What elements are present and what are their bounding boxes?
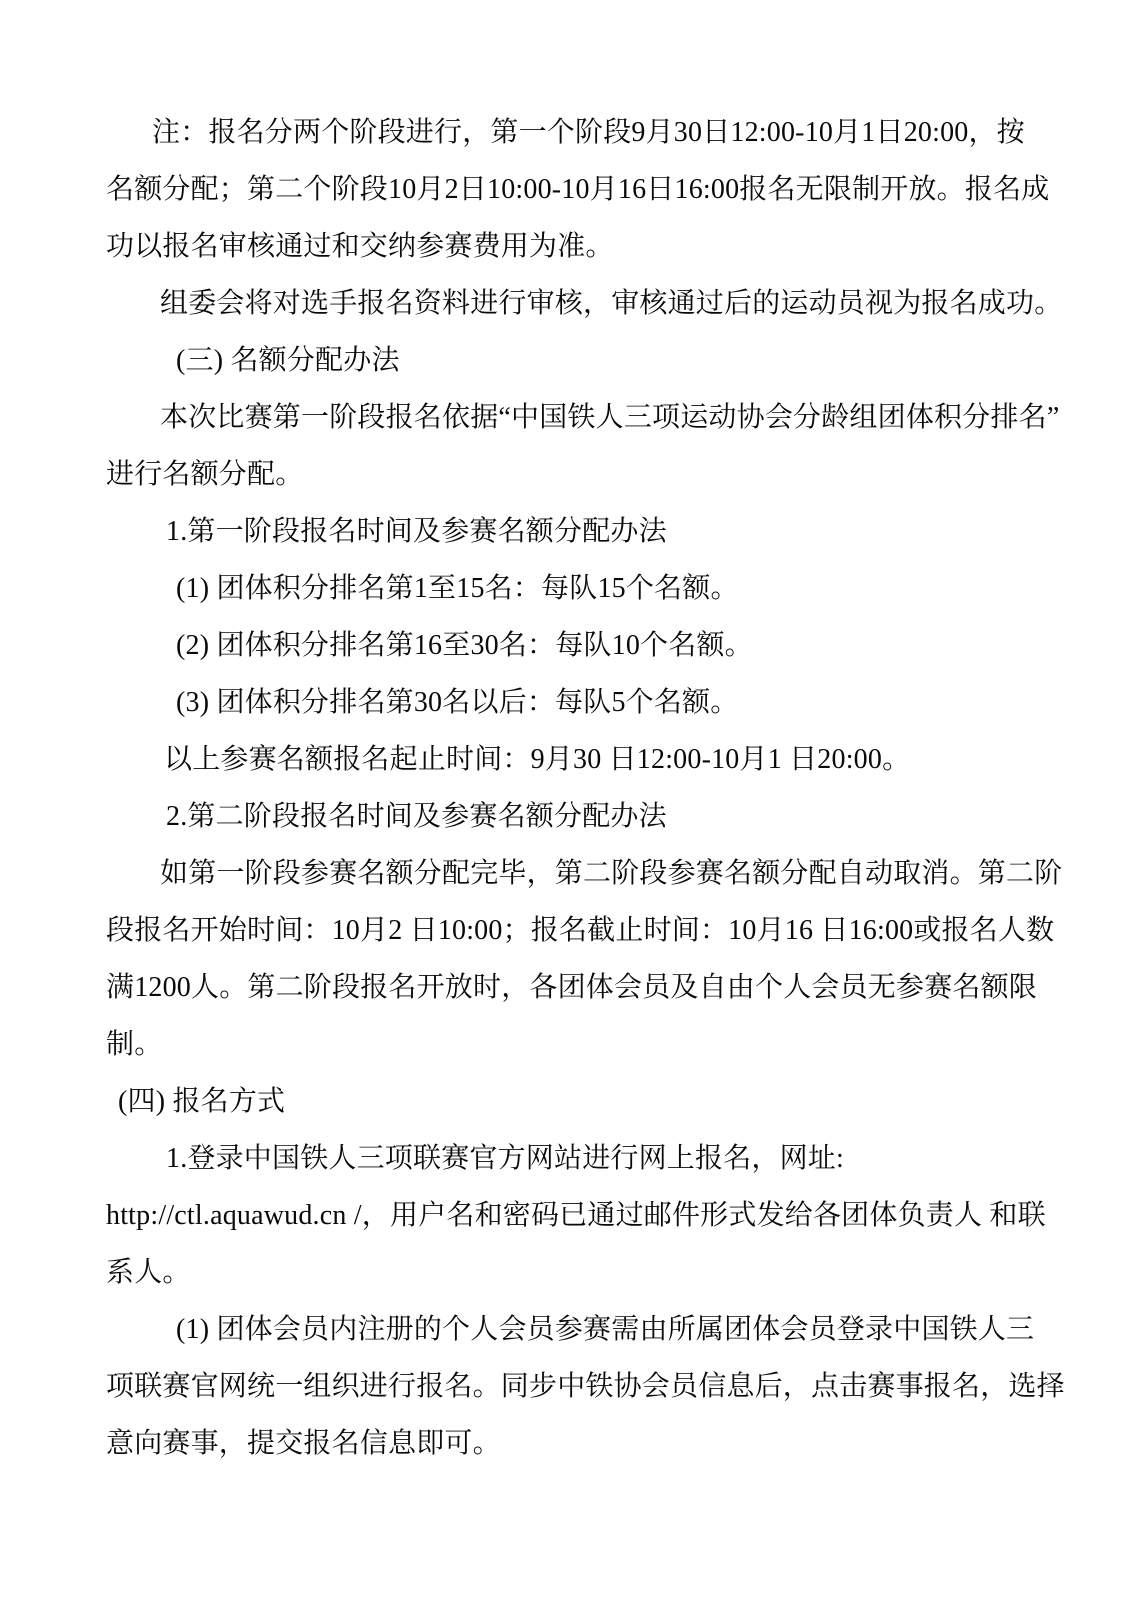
- para-stage2-line-2: 段报名开始时间：10月2 日10:00；报名截止时间：10月16 日16:00或…: [106, 902, 1033, 959]
- para-note-line-2: 名额分配；第二个阶段10月2日10:00-10月16日16:00报名无限制开放。…: [106, 161, 1033, 218]
- para-website-line-3: 系人。: [106, 1244, 1033, 1301]
- para-website-line-1: 1.登录中国铁人三项联赛官方网站进行网上报名，网址:: [106, 1130, 1033, 1187]
- para-stage2-line-4: 制。: [106, 1016, 1033, 1073]
- heading-section-3: (三) 名额分配办法: [106, 332, 1033, 389]
- list-item-rank-1-15: (1) 团体积分排名第1至15名：每队15个名额。: [106, 560, 1033, 617]
- para-group-line-2: 项联赛官网统一组织进行报名。同步中铁协会员信息后，点击赛事报名，选择: [106, 1358, 1033, 1415]
- para-quota-line-2: 进行名额分配。: [106, 446, 1033, 503]
- para-stage2-line-1: 如第一阶段参赛名额分配完毕，第二阶段参赛名额分配自动取消。第二阶: [106, 845, 1033, 902]
- para-deadline-line: 以上参赛名额报名起止时间：9月30 日12:00-10月1 日20:00。: [106, 731, 1033, 788]
- para-note-line-1: 注：报名分两个阶段进行，第一个阶段9月30日12:00-10月1日20:00，按: [106, 104, 1033, 161]
- para-stage2-line-3: 满1200人。第二阶段报名开放时，各团体会员及自由个人会员无参赛名额限: [106, 959, 1033, 1016]
- para-group-line-3: 意向赛事，提交报名信息即可。: [106, 1415, 1033, 1472]
- heading-stage-2: 2.第二阶段报名时间及参赛名额分配办法: [106, 788, 1033, 845]
- para-quota-line-1: 本次比赛第一阶段报名依据“中国铁人三项运动协会分龄组团体积分排名”: [106, 389, 1033, 446]
- document-page: 注：报名分两个阶段进行，第一个阶段9月30日12:00-10月1日20:00，按…: [0, 0, 1131, 1600]
- list-item-rank-30-plus: (3) 团体积分排名第30名以后：每队5个名额。: [106, 674, 1033, 731]
- para-note-line-3: 功以报名审核通过和交纳参赛费用为准。: [106, 218, 1033, 275]
- list-item-group-member: (1) 团体会员内注册的个人会员参赛需由所属团体会员登录中国铁人三: [106, 1301, 1033, 1358]
- para-review-line: 组委会将对选手报名资料进行审核，审核通过后的运动员视为报名成功。: [106, 275, 1033, 332]
- list-item-rank-16-30: (2) 团体积分排名第16至30名：每队10个名额。: [106, 617, 1033, 674]
- para-website-url-line: http://ctl.aquawud.cn /，用户名和密码已通过邮件形式发给各…: [106, 1187, 1033, 1244]
- heading-stage-1: 1.第一阶段报名时间及参赛名额分配办法: [106, 503, 1033, 560]
- heading-section-4: (四) 报名方式: [106, 1073, 1033, 1130]
